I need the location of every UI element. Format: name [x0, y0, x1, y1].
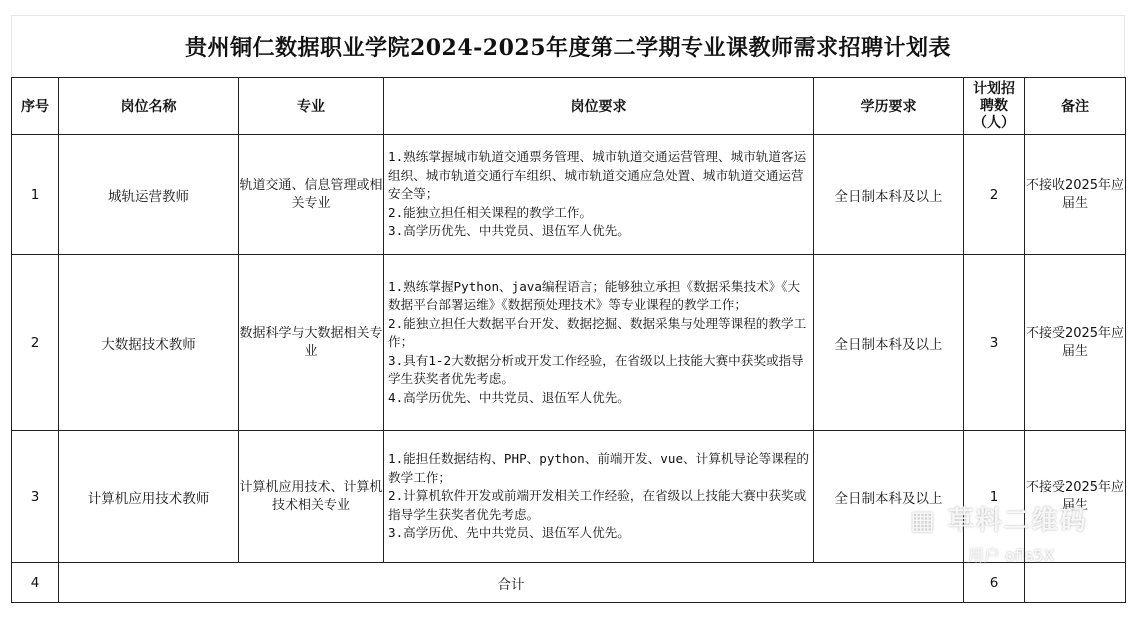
requirement-item: 3.高学历优先、中共党员、退伍军人优先。	[388, 222, 809, 241]
header-position: 岗位名称	[59, 78, 239, 135]
header-row: 序号 岗位名称 专业 岗位要求 学历要求 计划招 聘数 （人） 备注	[12, 78, 1126, 135]
cell-seq: 3	[12, 431, 59, 563]
cell-seq: 2	[12, 255, 59, 431]
header-requirements: 岗位要求	[384, 78, 814, 135]
header-remarks: 备注	[1025, 78, 1126, 135]
recruitment-plan-sheet: 贵州铜仁数据职业学院2024-2025年度第二学期专业课教师需求招聘计划表 序号…	[11, 15, 1125, 603]
cell-position: 大数据技术教师	[59, 255, 239, 431]
header-education: 学历要求	[814, 78, 964, 135]
cell-remarks: 不接收2025年应届生	[1025, 135, 1126, 255]
header-seq: 序号	[12, 78, 59, 135]
cell-count: 1	[964, 431, 1025, 563]
cell-major: 计算机应用技术、计算机技术相关专业	[239, 431, 384, 563]
total-label: 合计	[59, 563, 964, 603]
cell-position: 城轨运营教师	[59, 135, 239, 255]
cell-requirements: 1.熟练掌握Python、java编程语言；能够独立承担《数据采集技术》《大数据…	[384, 255, 814, 431]
header-count-line1: 计划招	[964, 81, 1024, 98]
requirement-item: 2.能独立担任相关课程的教学工作。	[388, 204, 809, 223]
cell-count: 3	[964, 255, 1025, 431]
recruitment-table: 序号 岗位名称 专业 岗位要求 学历要求 计划招 聘数 （人） 备注 1 城轨运…	[11, 77, 1126, 603]
cell-major: 数据科学与大数据相关专业	[239, 255, 384, 431]
title-row: 贵州铜仁数据职业学院2024-2025年度第二学期专业课教师需求招聘计划表	[11, 15, 1125, 77]
cell-requirements: 1.能担任数据结构、PHP、python、前端开发、vue、计算机导论等课程的教…	[384, 431, 814, 563]
table-row: 1 城轨运营教师 轨道交通、信息管理或相关专业 1.熟练掌握城市轨道交通票务管理…	[12, 135, 1126, 255]
cell-education: 全日制本科及以上	[814, 431, 964, 563]
page-title: 贵州铜仁数据职业学院2024-2025年度第二学期专业课教师需求招聘计划表	[185, 31, 951, 62]
header-count: 计划招 聘数 （人）	[964, 78, 1025, 135]
cell-seq: 1	[12, 135, 59, 255]
cell-seq: 4	[12, 563, 59, 603]
requirement-item: 2.计算机软件开发或前端开发相关工作经验，在省级以上技能大赛中获奖或指导学生获奖…	[388, 487, 809, 524]
cell-position: 计算机应用技术教师	[59, 431, 239, 563]
table-row: 3 计算机应用技术教师 计算机应用技术、计算机技术相关专业 1.能担任数据结构、…	[12, 431, 1126, 563]
requirement-item: 3.高学历优、先中共党员、退伍军人优先。	[388, 524, 809, 543]
total-count: 6	[964, 563, 1025, 603]
header-count-line3: （人）	[964, 115, 1024, 132]
requirement-item: 4.高学历优先、中共党员、退伍军人优先。	[388, 389, 809, 408]
requirement-item: 1.能担任数据结构、PHP、python、前端开发、vue、计算机导论等课程的教…	[388, 450, 809, 487]
header-major: 专业	[239, 78, 384, 135]
requirement-item: 3.具有1-2大数据分析或开发工作经验，在省级以上技能大赛中获奖或指导学生获奖者…	[388, 352, 809, 389]
header-count-line2: 聘数	[964, 98, 1024, 115]
total-remarks	[1025, 563, 1126, 603]
cell-major: 轨道交通、信息管理或相关专业	[239, 135, 384, 255]
cell-remarks: 不接受2025年应届生	[1025, 431, 1126, 563]
requirement-item: 1.熟练掌握Python、java编程语言；能够独立承担《数据采集技术》《大数据…	[388, 278, 809, 315]
requirement-item: 2.能独立担任大数据平台开发、数据挖掘、数据采集与处理等课程的教学工作；	[388, 315, 809, 352]
cell-count: 2	[964, 135, 1025, 255]
cell-requirements: 1.熟练掌握城市轨道交通票务管理、城市轨道交通运营管理、城市轨道客运组织、城市轨…	[384, 135, 814, 255]
cell-education: 全日制本科及以上	[814, 255, 964, 431]
requirement-item: 1.熟练掌握城市轨道交通票务管理、城市轨道交通运营管理、城市轨道客运组织、城市轨…	[388, 148, 809, 204]
table-row: 2 大数据技术教师 数据科学与大数据相关专业 1.熟练掌握Python、java…	[12, 255, 1126, 431]
cell-education: 全日制本科及以上	[814, 135, 964, 255]
total-row: 4 合计 6	[12, 563, 1126, 603]
cell-remarks: 不接受2025年应届生	[1025, 255, 1126, 431]
